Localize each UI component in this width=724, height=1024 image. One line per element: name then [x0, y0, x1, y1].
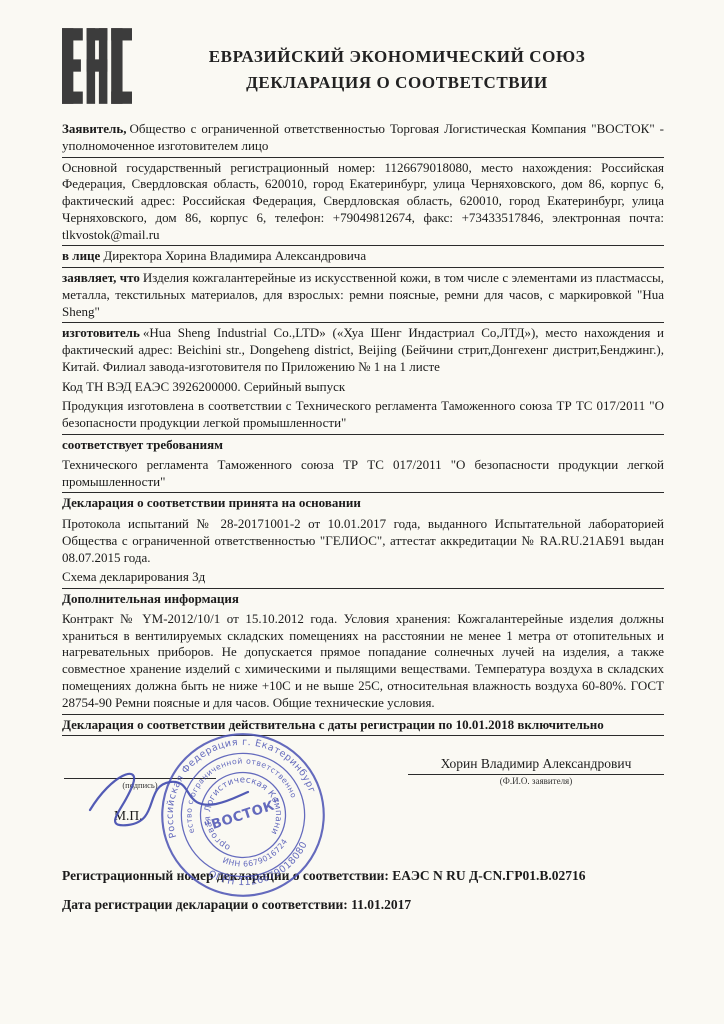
section-declaration-scheme: Схема декларирования 3д — [62, 568, 664, 589]
signature-area: (подпись) М.П. Хорин Владимир Александро… — [62, 746, 664, 864]
document-header: ЕВРАЗИЙСКИЙ ЭКОНОМИЧЕСКИЙ СОЮЗ ДЕКЛАРАЦИ… — [0, 0, 724, 104]
section-declares: заявляет, чтоИзделия кожгалантерейные из… — [62, 269, 664, 323]
heading-complies: соответствует требованиям — [62, 436, 664, 456]
section-tnved-code: Код ТН ВЭД ЕАЭС 3926200000. Серийный вып… — [62, 378, 664, 398]
section-additional-info: Контракт № YM-2012/10/1 от 15.10.2012 го… — [62, 610, 664, 715]
document-body: Заявитель,Общество с ограниченной ответс… — [62, 120, 664, 736]
manufacturer-label: изготовитель — [62, 325, 140, 340]
section-manufacturer: изготовитель«Hua Sheng Industrial Co.,LT… — [62, 324, 664, 377]
signature-caption: (подпись) — [122, 780, 157, 790]
document-page: ЕВРАЗИЙСКИЙ ЭКОНОМИЧЕСКИЙ СОЮЗ ДЕКЛАРАЦИ… — [0, 0, 724, 1024]
applicant-label: Заявитель, — [62, 121, 126, 136]
registration-date-line: Дата регистрации декларации о соответств… — [62, 897, 664, 913]
production-regulation-text: Продукция изготовлена в соответствии с Т… — [62, 398, 664, 430]
section-test-protocol: Протокола испытаний № 28-20171001-2 от 1… — [62, 515, 664, 568]
manufacturer-text: «Hua Sheng Industrial Co.,LTD» («Хуа Шен… — [62, 325, 664, 374]
svg-text:Торговая Логистическая Компани: Торговая Логистическая Компания — [158, 730, 291, 872]
ogrn-address-text: Основной государственный регистрационный… — [62, 160, 664, 242]
section-in-person: в лицеДиректора Хорина Владимира Алексан… — [62, 247, 664, 268]
registration-number-line: Регистрационный номер декларации о соотв… — [62, 868, 664, 884]
signer-name: Хорин Владимир Александрович — [408, 756, 664, 772]
signer-block: Хорин Владимир Александрович (Ф.И.О. зая… — [408, 756, 664, 786]
stamp-ring-inner: Торговая Логистическая Компания — [158, 730, 291, 872]
doc-title-line1: ЕВРАЗИЙСКИЙ ЭКОНОМИЧЕСКИЙ СОЮЗ — [132, 44, 662, 70]
heading-additional-info: Дополнительная информация — [62, 590, 664, 610]
signer-caption: (Ф.И.О. заявителя) — [408, 774, 664, 786]
section-production-regulation: Продукция изготовлена в соответствии с Т… — [62, 397, 664, 435]
section-applicant: Заявитель,Общество с ограниченной ответс… — [62, 120, 664, 158]
additional-info-text: Контракт № YM-2012/10/1 от 15.10.2012 го… — [62, 611, 664, 710]
section-regulation: Технического регламента Таможенного союз… — [62, 456, 664, 494]
in-person-label: в лице — [62, 248, 100, 263]
registration-footer: Регистрационный номер декларации о соотв… — [62, 868, 664, 913]
eac-logo — [62, 28, 132, 104]
doc-title: ЕВРАЗИЙСКИЙ ЭКОНОМИЧЕСКИЙ СОЮЗ ДЕКЛАРАЦИ… — [132, 28, 662, 95]
section-validity: Декларация о соответствии действительна … — [62, 716, 664, 737]
test-protocol-text: Протокола испытаний № 28-20171001-2 от 1… — [62, 516, 664, 565]
applicant-text: Общество с ограниченной ответственностью… — [62, 121, 664, 153]
regulation-text: Технического регламента Таможенного союз… — [62, 457, 664, 489]
stamp-center-name: "ВОСТОК" — [203, 796, 284, 835]
mp-label: М.П. — [114, 808, 143, 824]
doc-title-line2: ДЕКЛАРАЦИЯ О СООТВЕТСТВИИ — [132, 70, 662, 96]
signature-line: (подпись) — [64, 778, 216, 790]
tnved-code-text: Код ТН ВЭД ЕАЭС 3926200000. Серийный вып… — [62, 379, 345, 394]
heading-basis: Декларация о соответствии принята на осн… — [62, 494, 664, 514]
declares-text: Изделия кожгалантерейные из искусственно… — [62, 270, 664, 319]
handwritten-signature — [78, 752, 258, 842]
section-ogrn-address: Основной государственный регистрационный… — [62, 159, 664, 247]
declares-label: заявляет, что — [62, 270, 140, 285]
in-person-text: Директора Хорина Владимира Александрович… — [103, 248, 366, 263]
declaration-scheme-text: Схема декларирования 3д — [62, 569, 205, 584]
